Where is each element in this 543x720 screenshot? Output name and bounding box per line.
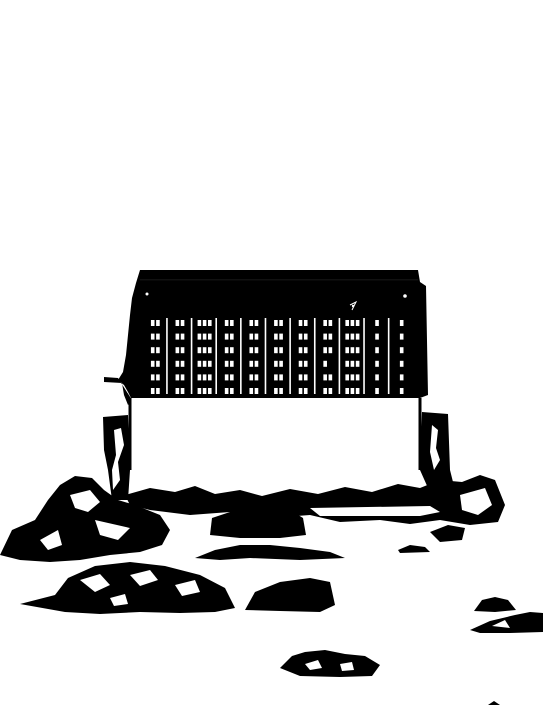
concrete-base-wall <box>130 398 420 494</box>
apartment-building <box>104 270 428 410</box>
roof-line <box>140 279 418 281</box>
building-facade <box>118 270 428 410</box>
artwork-canvas <box>0 0 543 720</box>
